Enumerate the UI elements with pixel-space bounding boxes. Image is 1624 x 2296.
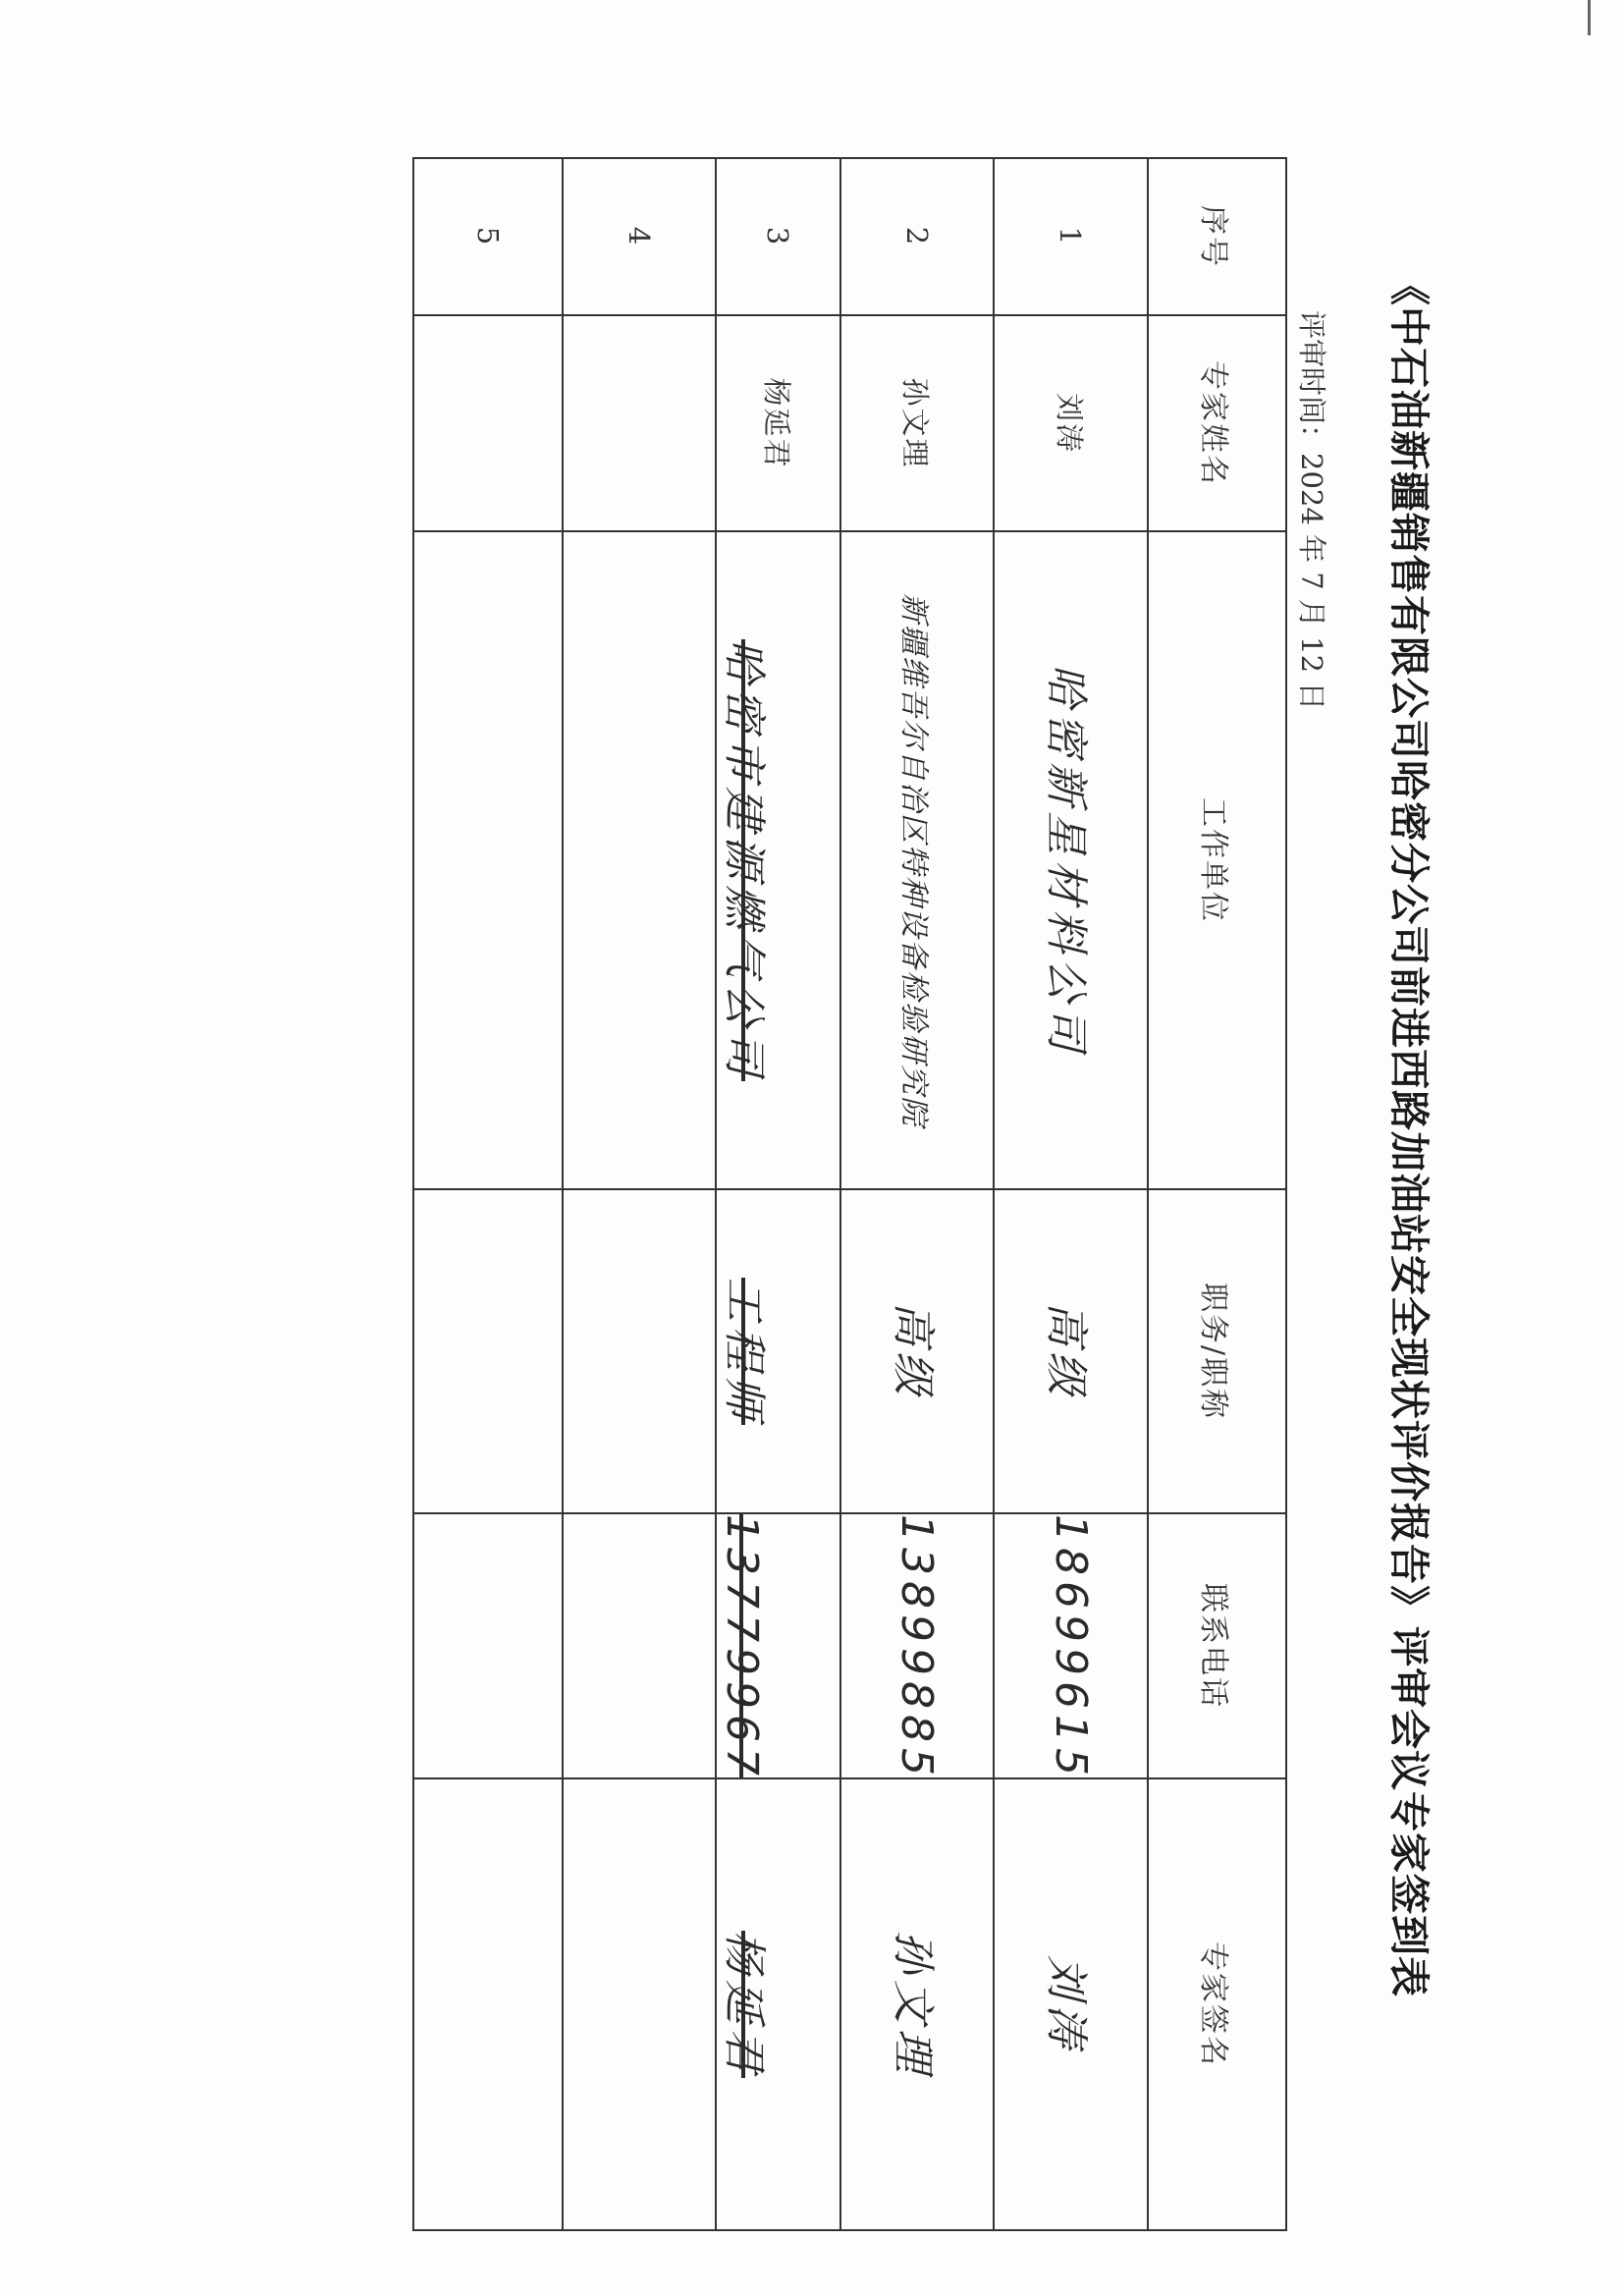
document-title: 《中石油新疆销售有限公司哈密分公司前进西路加油站安全现状评价报告》评审会议专家签…: [1383, 265, 1441, 2229]
header-position: 职务/职称: [1148, 1189, 1286, 1513]
review-date-line: 评审时间：2024 年 7 月 12 日: [1293, 310, 1333, 710]
cell-signature: 杨延君: [716, 1778, 840, 2230]
cell-no: 5: [413, 158, 563, 315]
review-date-value: 2024 年 7 月 12 日: [1295, 453, 1328, 710]
table-row: 5: [413, 158, 563, 2230]
cell-phone-handwritten: 13899885011: [840, 1513, 994, 1778]
cell-name: 杨延君: [716, 315, 840, 531]
header-phone: 联系电话: [1148, 1513, 1286, 1778]
cell-phone-handwritten: 18699615911: [994, 1513, 1148, 1778]
cell-position-handwritten: 高级: [840, 1189, 994, 1513]
table-row: 4: [563, 158, 716, 2230]
table-row: 3 杨延君 哈密市建源燃气公司 工程师 13779967781 杨延君: [716, 158, 840, 2230]
cell-name: 刘涛: [994, 315, 1148, 531]
cell-no: 3: [716, 158, 840, 315]
cell-phone-handwritten: [563, 1513, 716, 1778]
review-date-label: 评审时间：: [1295, 310, 1328, 453]
header-work-unit: 工作单位: [1148, 531, 1286, 1189]
table-row: 1 刘涛 哈密新星材料公司 高级 18699615911 刘涛: [994, 158, 1148, 2230]
header-signature: 专家签名: [1148, 1778, 1286, 2230]
cell-signature: 孙文理: [840, 1778, 994, 2230]
cell-work-unit-handwritten: 哈密新星材料公司: [994, 531, 1148, 1189]
cell-no: 2: [840, 158, 994, 315]
cell-position-handwritten: [413, 1189, 563, 1513]
header-no: 序号: [1148, 158, 1286, 315]
cell-no: 4: [563, 158, 716, 315]
cell-phone-handwritten: [413, 1513, 563, 1778]
table-row: 2 孙文理 新疆维吾尔自治区特种设备检验研究院 高级 13899885011 孙…: [840, 158, 994, 2230]
sign-in-sheet: 《中石油新疆销售有限公司哈密分公司前进西路加油站安全现状评价报告》评审会议专家签…: [0, 0, 1624, 2296]
cell-signature: [413, 1778, 563, 2230]
cell-position-handwritten: 高级: [994, 1189, 1148, 1513]
header-name: 专家姓名: [1148, 315, 1286, 531]
cell-name: [413, 315, 563, 531]
cell-position-handwritten: [563, 1189, 716, 1513]
cell-work-unit-handwritten: [413, 531, 563, 1189]
cell-name: 孙文理: [840, 315, 994, 531]
cell-signature: 刘涛: [994, 1778, 1148, 2230]
cell-name: [563, 315, 716, 531]
cell-signature: [563, 1778, 716, 2230]
cell-work-unit-handwritten: [563, 531, 716, 1189]
cell-no: 1: [994, 158, 1148, 315]
cell-work-unit-handwritten: 哈密市建源燃气公司: [716, 531, 840, 1189]
cell-work-unit-handwritten: 新疆维吾尔自治区特种设备检验研究院: [840, 531, 994, 1189]
cell-phone-handwritten: 13779967781: [716, 1513, 840, 1778]
table-header-row: 序号 专家姓名 工作单位 职务/职称 联系电话 专家签名: [1148, 158, 1286, 2230]
cell-position-handwritten: 工程师: [716, 1189, 840, 1513]
expert-sign-in-table: 序号 专家姓名 工作单位 职务/职称 联系电话 专家签名 1 刘涛 哈密新星材料…: [412, 157, 1287, 2231]
